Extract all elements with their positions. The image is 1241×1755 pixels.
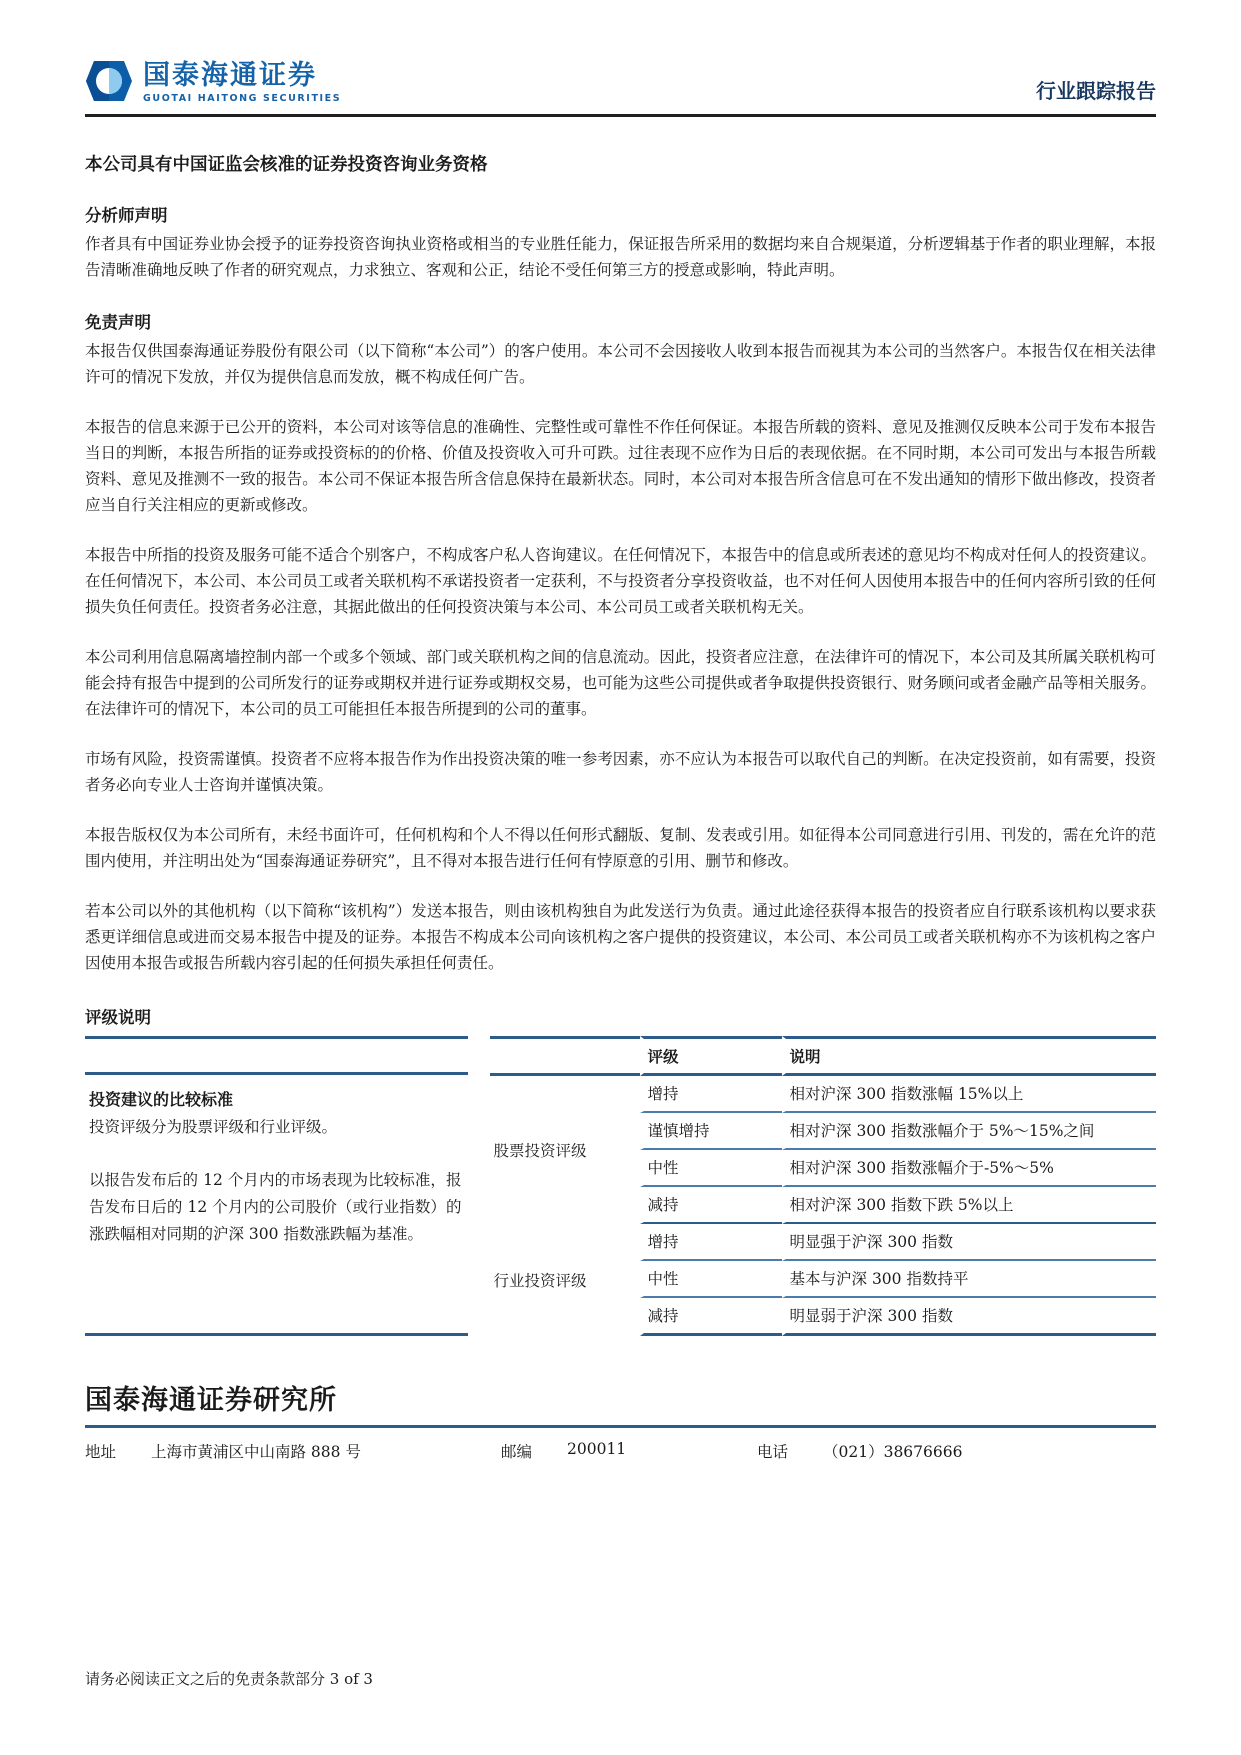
description-cell: 相对沪深 300 指数下跌 5%以上 (782, 1187, 1156, 1224)
logo-text: 国泰海通证券 GUOTAI HAITONG SECURITIES (143, 62, 341, 104)
address-label: 地址 (85, 1440, 151, 1462)
phone-label: 电话 (757, 1440, 823, 1462)
disclaimer-paragraph: 若本公司以外的其他机构（以下简称“该机构”）发送本报告，则由该机构独自为此发送行… (85, 898, 1156, 976)
disclaimer-paragraph: 市场有风险，投资需谨慎。投资者不应将本报告作为作出投资决策的唯一参考因素，亦不应… (85, 746, 1156, 798)
analyst-statement-heading: 分析师声明 (85, 202, 1156, 226)
description-column-header: 说明 (782, 1036, 1156, 1076)
postcode-label: 邮编 (501, 1440, 567, 1462)
rating-table: 评级 说明 股票投资评级 增持 相对沪深 300 指数涨幅 15%以上 谨慎增持… (490, 1036, 1156, 1336)
description-cell: 相对沪深 300 指数涨幅 15%以上 (782, 1076, 1156, 1113)
disclaimer-paragraph: 本报告版权仅为本公司所有，未经书面许可，任何机构和个人不得以任何形式翻版、复制、… (85, 822, 1156, 874)
rating-section-heading: 评级说明 (85, 1004, 1156, 1028)
rating-cell: 增持 (640, 1076, 782, 1113)
description-cell: 基本与沪深 300 指数持平 (782, 1261, 1156, 1298)
disclaimer-paragraph: 本报告中所指的投资及服务可能不适合个别客户，不构成客户私人咨询建议。在任何情况下… (85, 542, 1156, 620)
rating-box-header-band (85, 1039, 468, 1075)
rating-box-body: 投资建议的比较标准 投资评级分为股票评级和行业评级。 以报告发布后的 12 个月… (85, 1075, 468, 1336)
description-cell: 相对沪深 300 指数涨幅介于-5%～5% (782, 1150, 1156, 1187)
rating-cell: 增持 (640, 1224, 782, 1261)
address-value: 上海市黄浦区中山南路 888 号 (151, 1440, 501, 1462)
report-disclaimer-page: 国泰海通证券 GUOTAI HAITONG SECURITIES 行业跟踪报告 … (0, 0, 1241, 1755)
comparison-standard-line1: 投资评级分为股票评级和行业评级。 (89, 1114, 462, 1141)
rating-cell: 中性 (640, 1261, 782, 1298)
rating-table-corner-cell (490, 1036, 640, 1076)
comparison-standard-line2: 以报告发布后的 12 个月内的市场表现为比较标准，报告发布日后的 12 个月内的… (89, 1167, 462, 1248)
description-cell: 明显弱于沪深 300 指数 (782, 1298, 1156, 1336)
rating-cell: 谨慎增持 (640, 1113, 782, 1150)
disclaimer-paragraph: 本报告的信息来源于已公开的资料，本公司对该等信息的准确性、完整性或可靠性不作任何… (85, 414, 1156, 518)
qualification-title: 本公司具有中国证监会核准的证券投资咨询业务资格 (85, 151, 1156, 176)
research-institute-title: 国泰海通证券研究所 (85, 1378, 1156, 1417)
industry-rating-group-label: 行业投资评级 (490, 1224, 640, 1336)
header-divider (85, 114, 1156, 117)
disclaimer-paragraph: 本公司利用信息隔离墙控制内部一个或多个领域、部门或关联机构之间的信息流动。因此，… (85, 644, 1156, 722)
rating-cell: 减持 (640, 1187, 782, 1224)
postcode-value: 200011 (567, 1440, 757, 1462)
institute-divider (85, 1425, 1156, 1428)
analyst-statement-text: 作者具有中国证券业协会授予的证券投资咨询执业资格或相当的专业胜任能力，保证报告所… (85, 231, 1156, 283)
rating-column-header: 评级 (640, 1036, 782, 1076)
table-row: 股票投资评级 增持 相对沪深 300 指数涨幅 15%以上 (490, 1076, 1156, 1113)
rating-cell: 减持 (640, 1298, 782, 1336)
institute-contact-row: 地址 上海市黄浦区中山南路 888 号 邮编 200011 电话 （021）38… (85, 1440, 1156, 1462)
company-logo: 国泰海通证券 GUOTAI HAITONG SECURITIES (85, 60, 341, 106)
stock-rating-group-label: 股票投资评级 (490, 1076, 640, 1224)
logo-chinese-name: 国泰海通证券 (143, 62, 341, 89)
description-cell: 明显强于沪深 300 指数 (782, 1224, 1156, 1261)
logo-english-name: GUOTAI HAITONG SECURITIES (143, 94, 341, 104)
phone-value: （021）38676666 (823, 1440, 962, 1462)
page-footer-note: 请务必阅读正文之后的免责条款部分 3 of 3 (85, 1668, 373, 1689)
comparison-standard-title: 投资建议的比较标准 (89, 1087, 462, 1110)
table-row: 行业投资评级 增持 明显强于沪深 300 指数 (490, 1224, 1156, 1261)
rating-cell: 中性 (640, 1150, 782, 1187)
document-body: 本公司具有中国证监会核准的证券投资咨询业务资格 分析师声明 作者具有中国证券业协… (0, 151, 1241, 1462)
rating-section: 投资建议的比较标准 投资评级分为股票评级和行业评级。 以报告发布后的 12 个月… (85, 1036, 1156, 1336)
rating-comparison-box: 投资建议的比较标准 投资评级分为股票评级和行业评级。 以报告发布后的 12 个月… (85, 1036, 468, 1336)
description-cell: 相对沪深 300 指数涨幅介于 5%～15%之间 (782, 1113, 1156, 1150)
disclaimer-heading: 免责声明 (85, 309, 1156, 333)
report-type-label: 行业跟踪报告 (1036, 75, 1156, 106)
logo-gem-icon (85, 60, 133, 106)
rating-table-header-row: 评级 说明 (490, 1036, 1156, 1076)
page-header: 国泰海通证券 GUOTAI HAITONG SECURITIES 行业跟踪报告 (85, 60, 1156, 106)
disclaimer-paragraph: 本报告仅供国泰海通证券股份有限公司（以下简称“本公司”）的客户使用。本公司不会因… (85, 338, 1156, 390)
